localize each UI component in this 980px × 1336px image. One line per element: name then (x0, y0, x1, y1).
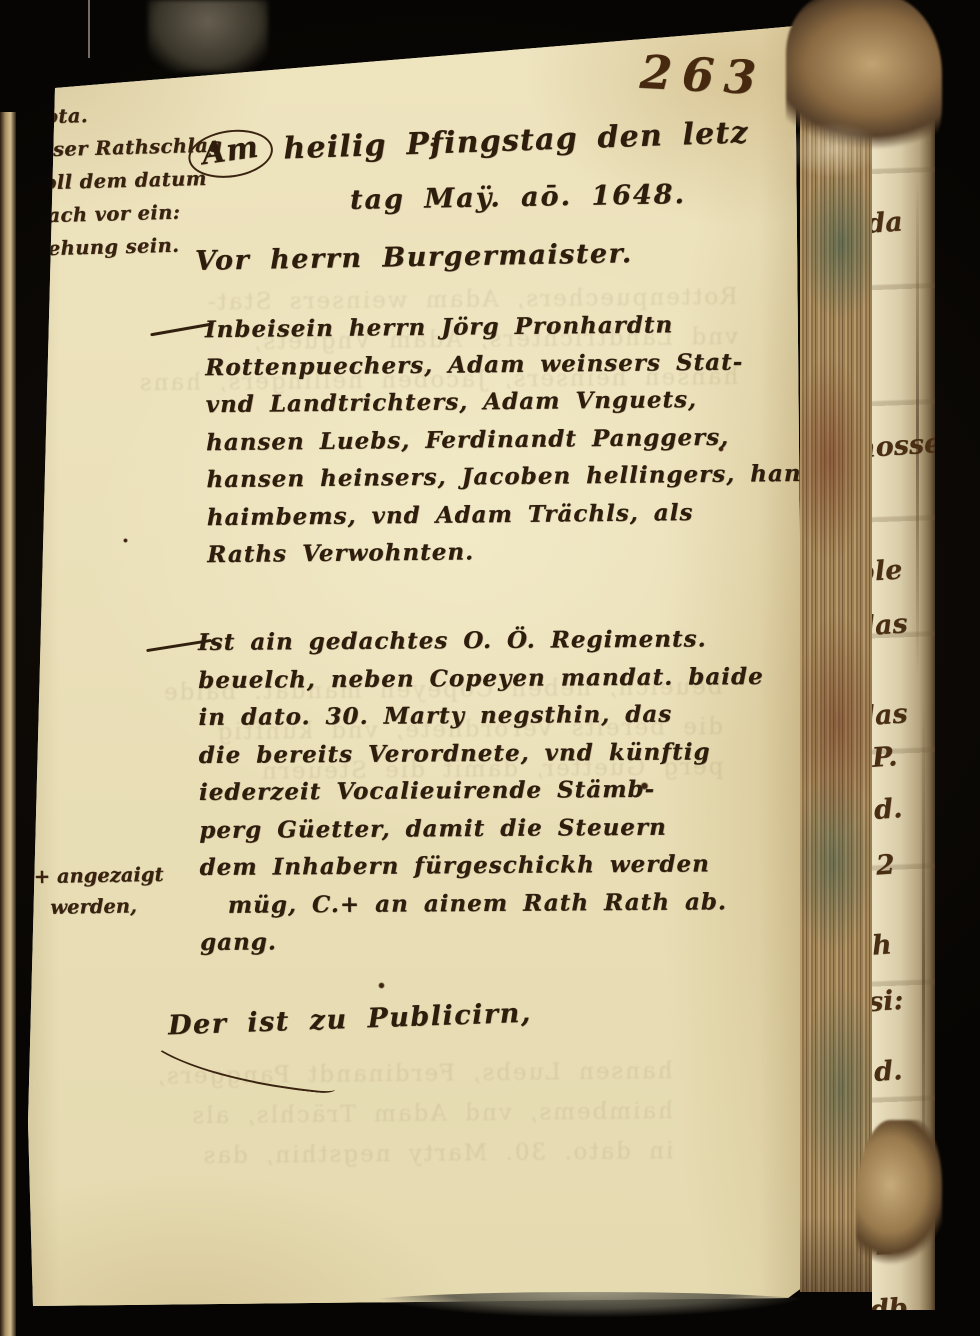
manuscript-line: Raths Verwohnten. (207, 530, 816, 574)
margin-note-line: werden, (50, 890, 164, 923)
manuscript-line: iederzeit Vocalieuirende Stämb- (199, 770, 765, 811)
ink-speck (430, 142, 435, 147)
clipped-ink-fragment: hossen (872, 426, 935, 464)
hairline-crack (88, 0, 90, 58)
clipped-ink-fragment: P. (872, 741, 898, 774)
clipped-ink-fragment: lda (872, 206, 904, 240)
entry-heading-line2: tag Maÿ. aō. 1648. (350, 179, 686, 216)
paper-debris-top (148, 0, 268, 72)
heading-circled-text: Am (200, 130, 262, 173)
salutation-line: Vor herrn Burgermaister. (195, 238, 633, 277)
manuscript-line: in dato. 30. Marty negsthin, das (198, 695, 764, 736)
clipped-ink-fragment: 2 (875, 849, 896, 881)
margin-note-insertion: + angezaigt werden, (33, 859, 164, 923)
manuscript-line: Inbeisein herrn Jörg Pronhardtn (205, 305, 814, 349)
crumpled-paper-top-right (786, 0, 942, 194)
margin-note-nota: nota. diser Rathschlag soll dem datum na… (30, 96, 225, 266)
clipped-ink-fragment: das (872, 698, 909, 733)
manuscript-line: beuelch, neben Copeyen mandat. baide (198, 658, 764, 699)
manuscript-line: haimbems, vnd Adam Trächls, als (207, 492, 816, 536)
decree-paragraph: Ist ain gedachtes O. Ö. Regiments. beuel… (198, 620, 766, 961)
underlying-page-edge-left (0, 112, 16, 1336)
manuscript-line: dem Inhabern fürgeschickh werden (199, 845, 765, 886)
manuscript-line: perg Güetter, damit die Steuern (199, 808, 765, 849)
clipped-ink-fragment: d. (873, 793, 903, 826)
manuscript-line: hansen Luebs, Ferdinandt Panggers, (206, 417, 815, 461)
clipped-ink-fragment: si: (872, 985, 904, 1018)
margin-note-line: + angezaigt (33, 859, 163, 892)
folio-number: 263 (639, 45, 768, 106)
ink-speck (123, 538, 128, 543)
manuscript-line: die bereits Verordnete, vnd künftig (199, 733, 765, 774)
entry-heading-line1: Amheilig Pfingstag den letz (187, 112, 749, 179)
manuscript-line: Ist ain gedachtes O. Ö. Regiments. (198, 620, 764, 661)
underlying-page-edge-bottom (330, 1292, 850, 1322)
ink-speck (718, 446, 724, 452)
margin-note-line: nota. (30, 96, 222, 134)
manuscript-photo: Rottenpuechers, Adam weinsers Stat- vnd … (0, 0, 980, 1336)
ink-speck (378, 982, 385, 989)
manuscript-line: gang. (200, 920, 766, 961)
manuscript-line: hansen heinsers, Jacoben hellingers, han… (206, 455, 815, 499)
fold-crease (916, 178, 919, 678)
book-fore-edge (800, 30, 874, 1292)
manuscript-line: Rottenpuechers, Adam weinsers Stat- (205, 342, 814, 386)
clipped-ink-fragment: das (872, 608, 909, 643)
manuscript-page: Rottenpuechers, Adam weinsers Stat- vnd … (28, 22, 814, 1310)
clipped-ink-fragment: d. (873, 1055, 903, 1088)
manuscript-line: vnd Landtrichters, Adam Vnguets, (205, 380, 814, 424)
clipped-ink-fragment: ble (872, 554, 903, 588)
attendance-paragraph: Inbeisein herrn Jörg Pronhardtn Rottenpu… (205, 305, 817, 574)
clipped-ink-fragment: h (872, 929, 893, 961)
ink-speck (640, 782, 649, 790)
crumpled-paper-bottom-right (856, 1120, 942, 1336)
circled-word: Am (185, 125, 276, 183)
margin-note-line: nach vor ein: (32, 194, 224, 232)
manuscript-line: müg, C.+ an ainem Rath Rath ab. (228, 883, 766, 924)
heading-line1-text: heilig Pfingstag den letz (283, 115, 749, 166)
